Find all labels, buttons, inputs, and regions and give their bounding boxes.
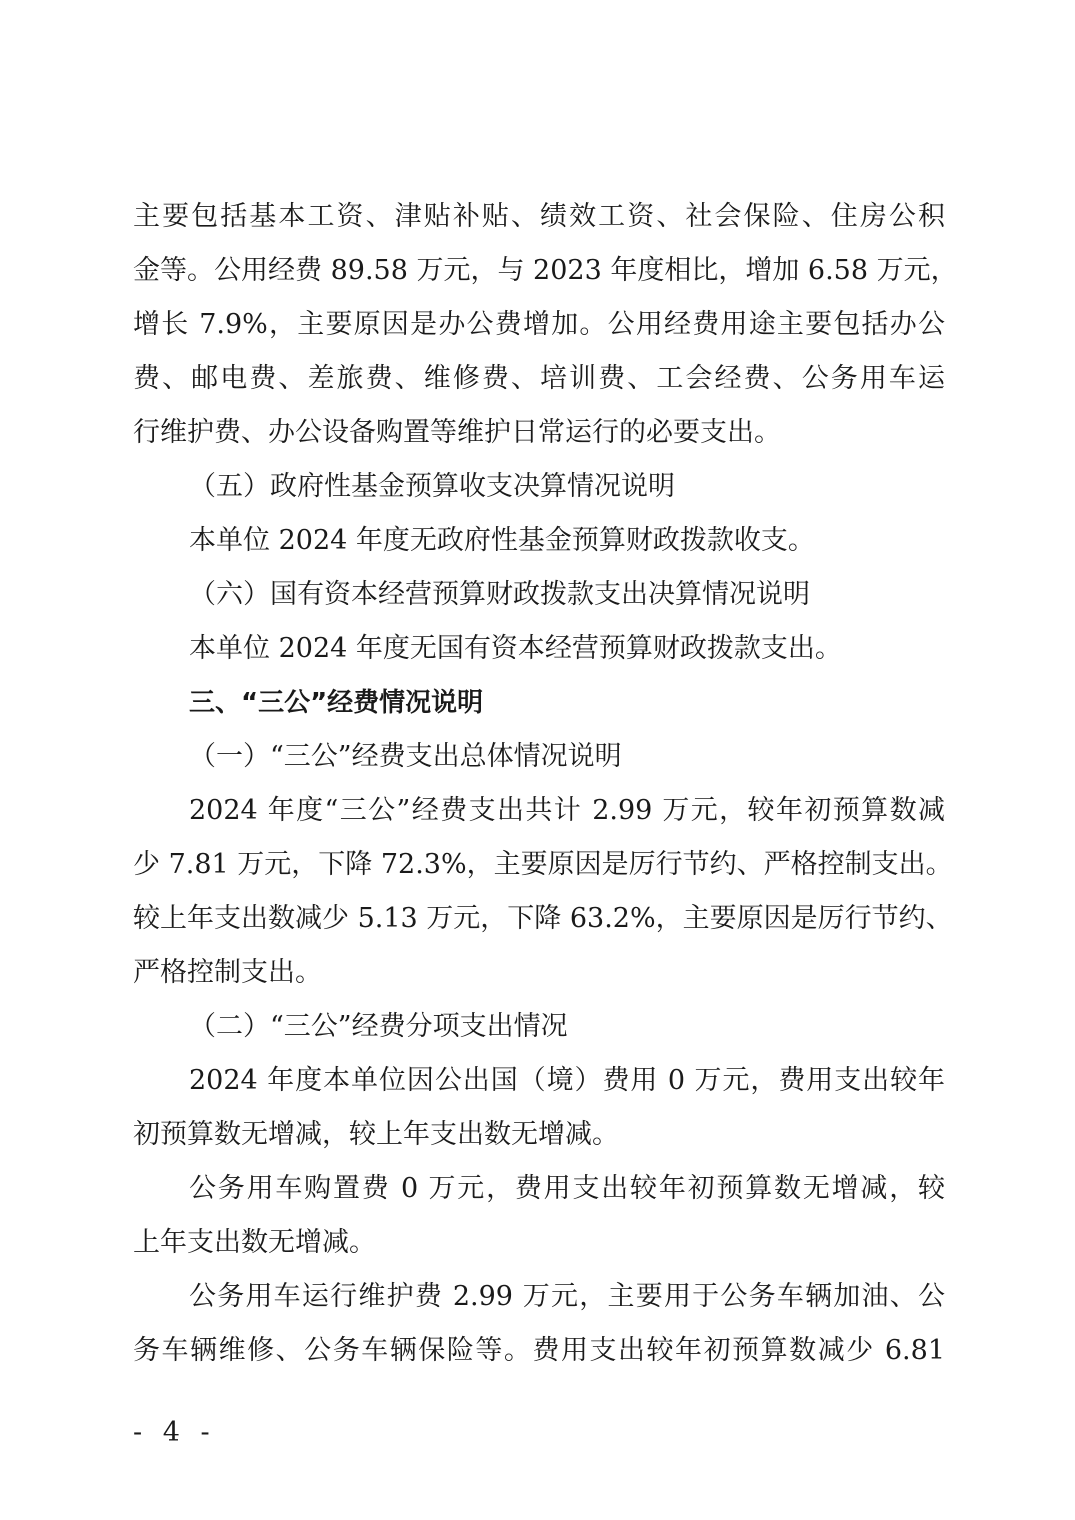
section-heading-6: （六）国有资本经营预算财政拨款支出决算情况说明 (189, 568, 810, 622)
paragraph-line: 初预算数无增减，较上年支出数无增减。 (133, 1108, 619, 1162)
chapter-heading-3: 三、“三公”经费情况说明 (189, 676, 483, 730)
section-heading-5: （五）政府性基金预算收支决算情况说明 (189, 460, 675, 514)
paragraph-line: 主要包括基本工资、津贴补贴、绩效工资、社会保险、住房公积 (133, 190, 945, 244)
section-body-6: 本单位 2024 年度无国有资本经营预算财政拨款支出。 (189, 622, 842, 676)
paragraph-line: 增长 7.9%，主要原因是办公费增加。公用经费用途主要包括办公 (133, 298, 945, 352)
subsection-heading-1: （一）“三公”经费支出总体情况说明 (189, 730, 622, 784)
section-body-5: 本单位 2024 年度无政府性基金预算财政拨款收支。 (189, 514, 815, 568)
paragraph-line: 较上年支出数减少 5.13 万元，下降 63.2%，主要原因是厉行节约、 (133, 892, 945, 946)
paragraph-line: 公务用车购置费 0 万元，费用支出较年初预算数无增减，较 (189, 1162, 945, 1216)
paragraph-line: 严格控制支出。 (133, 946, 322, 1000)
paragraph-line: 务车辆维修、公务车辆保险等。费用支出较年初预算数减少 6.81 (133, 1324, 945, 1378)
paragraph-line: 费、邮电费、差旅费、维修费、培训费、工会经费、公务用车运 (133, 352, 945, 406)
subsection-heading-2: （二）“三公”经费分项支出情况 (189, 1000, 568, 1054)
page-number: - 4 - (133, 1413, 216, 1453)
paragraph-line: 行维护费、办公设备购置等维护日常运行的必要支出。 (133, 406, 781, 460)
paragraph-line: 公务用车运行维护费 2.99 万元，主要用于公务车辆加油、公 (189, 1270, 945, 1324)
paragraph-line: 金等。公用经费 89.58 万元，与 2023 年度相比，增加 6.58 万元， (133, 244, 945, 298)
paragraph-line: 2024 年度本单位因公出国（境）费用 0 万元，费用支出较年 (189, 1054, 945, 1108)
paragraph-line: 上年支出数无增减。 (133, 1216, 376, 1270)
paragraph-line: 少 7.81 万元，下降 72.3%，主要原因是厉行节约、严格控制支出。 (133, 838, 945, 892)
paragraph-line: 2024 年度“三公”经费支出共计 2.99 万元，较年初预算数减 (189, 784, 945, 838)
